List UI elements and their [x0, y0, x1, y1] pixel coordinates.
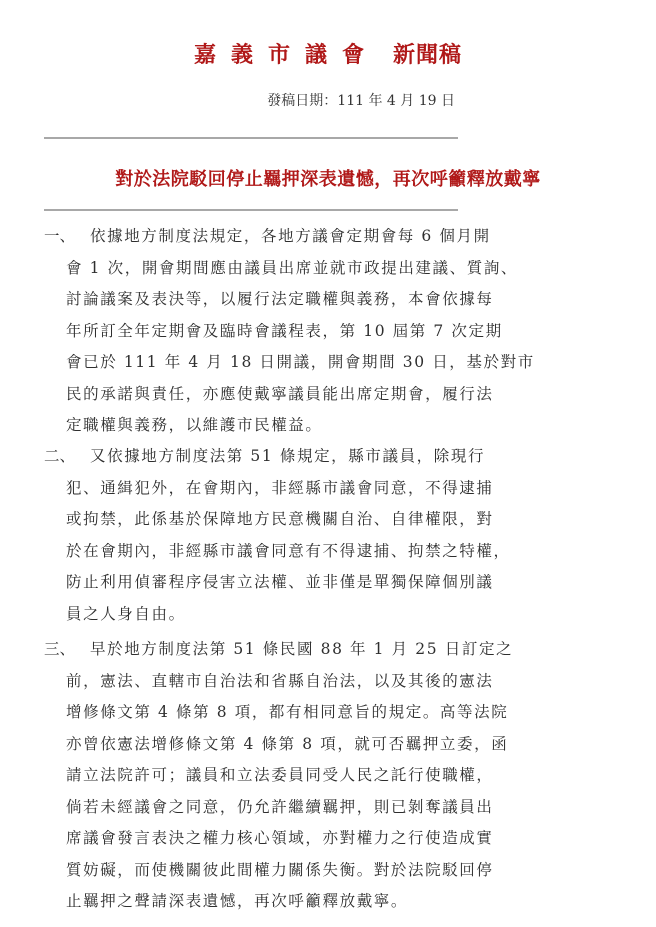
section-1: 一、 依據地方制度法規定，各地方議會定期會每 6 個月開 會 1 次，開會期間應…: [44, 221, 464, 442]
headline: 對於法院駁回停止羈押深表遺憾，再次呼籲釋放戴寧: [0, 165, 656, 191]
section-line: 又依據地方制度法第 51 條規定，縣市議員，除現行: [44, 441, 464, 473]
section-line: 請立法院許可；議員和立法委員同受人民之託行使職權，: [44, 760, 464, 792]
section-line: 止羈押之聲請深表遺憾，再次呼籲釋放戴寧。: [44, 886, 464, 918]
section-line: 或拘禁，此係基於保障地方民意機關自治、自律權限，對: [44, 504, 464, 536]
org-name: 嘉義市議會: [194, 42, 379, 68]
section-marker: 二、: [44, 441, 94, 473]
section-line: 年所訂全年定期會及臨時會議程表，第 10 屆第 7 次定期: [44, 316, 464, 348]
section-line: 亦曾依憲法增修條文第 4 條第 8 項，就可否羈押立委，函: [44, 729, 464, 761]
section-2: 二、 又依據地方制度法第 51 條規定，縣市議員，除現行 犯、通緝犯外，在會期內…: [44, 441, 464, 630]
section-line: 依據地方制度法規定，各地方議會定期會每 6 個月開: [44, 221, 464, 253]
section-line: 犯、通緝犯外，在會期內，非經縣市議會同意，不得逮捕: [44, 473, 464, 505]
section-line: 席議會發言表決之權力核心領域，亦對權力之行使造成實: [44, 823, 464, 855]
section-line: 會 1 次，開會期間應由議員出席並就市政提出建議、質詢、: [44, 253, 464, 285]
section-line: 倘若未經議會之同意，仍允許繼續羈押，則已剝奪議員出: [44, 792, 464, 824]
section-line: 會已於 111 年 4 月 18 日開議，開會期間 30 日，基於對市: [44, 347, 464, 379]
section-marker: 一、: [44, 221, 94, 253]
section-marker: 三、: [44, 634, 94, 666]
divider-headline: [44, 209, 458, 211]
section-line: 質妨礙，而使機關彼此間權力關係失衡。對於法院駁回停: [44, 855, 464, 887]
section-line: 員之人身自由。: [44, 599, 464, 631]
section-3: 三、 早於地方制度法第 51 條民國 88 年 1 月 25 日訂定之 前，憲法…: [44, 634, 464, 918]
section-line: 前，憲法、直轄市自治法和省縣自治法，以及其後的憲法: [44, 666, 464, 698]
section-line: 增修條文第 4 條第 8 項，都有相同意旨的規定。高等法院: [44, 697, 464, 729]
divider-top: [44, 137, 458, 139]
release-date: 發稿日期：111 年 4 月 19 日: [0, 90, 455, 110]
org-title: 嘉義市議會新聞稿: [0, 38, 656, 69]
section-line: 防止利用偵審程序侵害立法權、並非僅是單獨保障個別議: [44, 567, 464, 599]
section-line: 早於地方制度法第 51 條民國 88 年 1 月 25 日訂定之: [44, 634, 464, 666]
doc-type: 新聞稿: [393, 42, 462, 68]
section-line: 定職權與義務，以維護市民權益。: [44, 410, 464, 442]
section-line: 民的承諾與責任，亦應使戴寧議員能出席定期會，履行法: [44, 379, 464, 411]
section-line: 於在會期內，非經縣市議會同意有不得逮捕、拘禁之特權，: [44, 536, 464, 568]
section-line: 討論議案及表決等，以履行法定職權與義務，本會依據每: [44, 284, 464, 316]
